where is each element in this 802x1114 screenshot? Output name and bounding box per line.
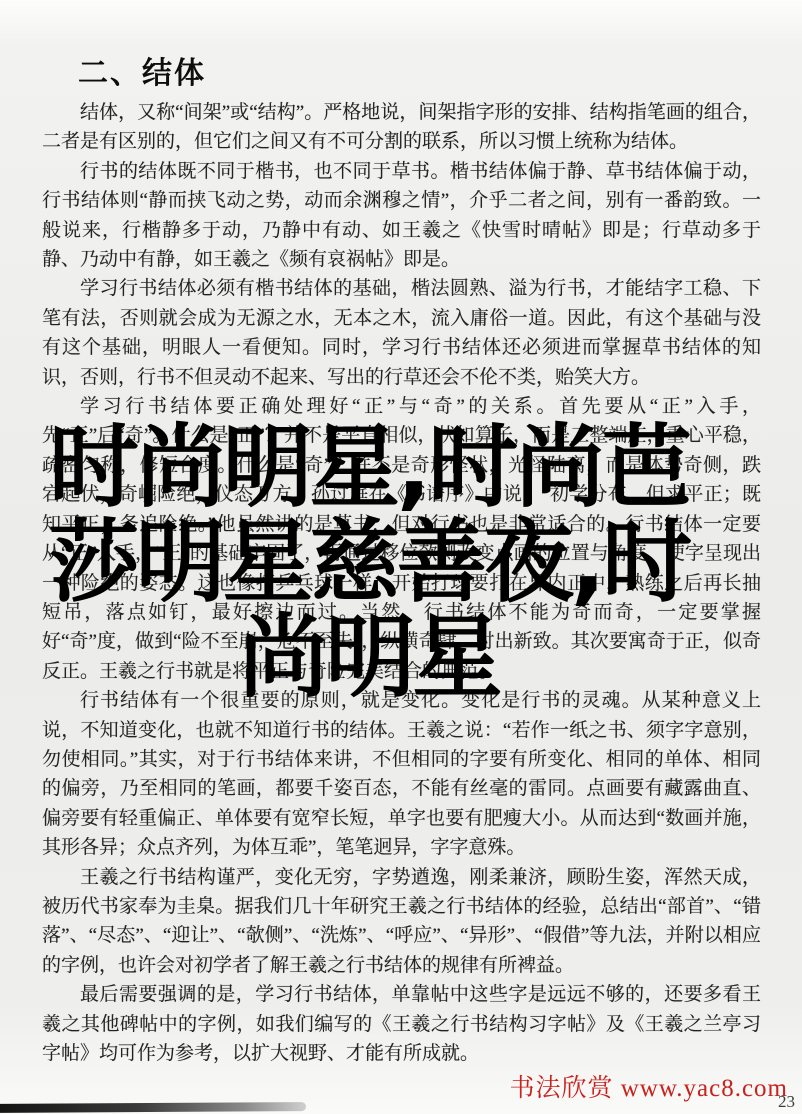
paragraph: 行书结体有一个很重要的原则，就是变化。变化是行书的灵魂。从某种意义上说，不知道变… xyxy=(42,686,761,862)
scan-shadow-bar xyxy=(0,1102,306,1113)
site-credit-text: 书法欣赏 www.yac8.com xyxy=(509,1068,788,1104)
paragraph: 行书的结体既不同于楷书，也不同于草书。楷书结体偏于静、草书结体偏于动，行书结体则… xyxy=(42,157,761,275)
paragraph: 学习行书结体必须有楷书结体的基础，楷法圆熟、溢为行书，才能结字工稳、下笔有法，否… xyxy=(42,274,761,392)
scanned-page: 二、结体 结体，又称“间架”或“结构”。严格地说，间架指字形的安排、结构指笔画的… xyxy=(0,0,802,1114)
body-text: 结体，又称“间架”或“结构”。严格地说，间架指字形的安排、结构指笔画的组合，二者… xyxy=(42,98,761,1068)
paragraph: 最后需要强调的是，学习行书结体，单靠帖中这些字是远远不够的，还要多看王羲之其他碑… xyxy=(42,980,761,1068)
paragraph: 学习行书结体要正确处理好“正”与“奇”的关系。首先要从“正”入手，先“正”后“奇… xyxy=(42,392,761,686)
section-heading: 二、结体 xyxy=(78,48,206,92)
paragraph: 结体，又称“间架”或“结构”。严格地说，间架指字形的安排、结构指笔画的组合，二者… xyxy=(42,98,761,157)
page-number: 23 xyxy=(778,1092,795,1112)
paragraph: 王羲之行书结构谨严，变化无穷，字势遒逸，刚柔兼济，顾盼生姿，浑然天成，被历代书家… xyxy=(42,863,761,981)
